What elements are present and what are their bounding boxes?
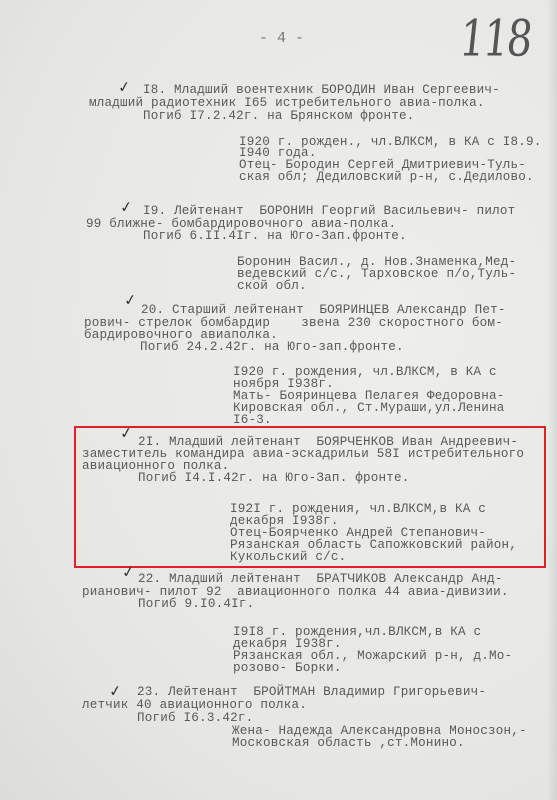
entry-line: Погиб I7.2.42г. на Брянском фронте. (143, 110, 415, 123)
entry-detail: Московская область ,ст.Монино. (232, 737, 465, 750)
page-edge-shadow (547, 0, 557, 800)
entry-line: Погиб 6.II.4Iг. на Юго-Зап.фронте. (143, 230, 407, 243)
handwritten-folio-number: 118 (457, 10, 533, 68)
checkmark-icon: ✓ (119, 197, 134, 217)
checkmark-icon: ✓ (123, 290, 138, 310)
entry-detail: розово- Борки. (233, 662, 342, 675)
entry-detail: ская обл; Дедиловский р-н, с.Дедилово. (239, 171, 534, 184)
checkmark-icon: ✓ (121, 562, 136, 582)
entry-detail: Кировская обл., Ст.Мураши,ул.Ленина (233, 402, 505, 415)
checkmark-icon: ✓ (117, 77, 132, 97)
checkmark-icon: ✓ (119, 423, 134, 443)
entry-detail: Кукольский с/с. (230, 551, 346, 564)
page-number: - 4 - (259, 30, 304, 47)
entry-line: Погиб 9.I0.4Iг. (138, 598, 254, 611)
entry-line: Погиб I4.I.42г. на Юго-Зап. фронте. (138, 472, 410, 485)
entry-line: Погиб 24.2.42г. на Юго-зап.фронте. (140, 341, 404, 354)
entry-detail: ской обл. (237, 280, 307, 293)
